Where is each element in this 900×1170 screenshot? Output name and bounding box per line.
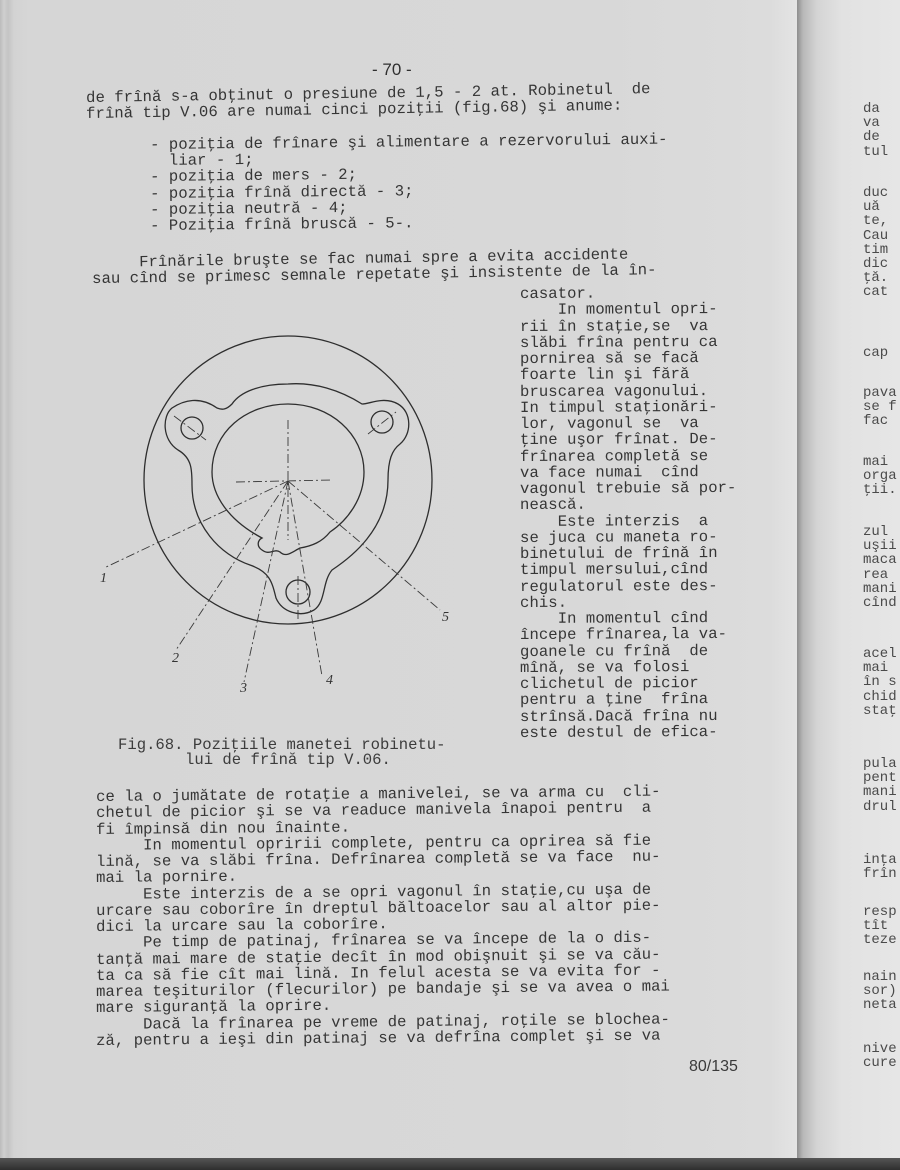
fragment-line: nain [863,970,897,984]
fragment-line: nive [863,1042,897,1056]
left-page: - 70 - de frînă s-a obţinut o presiune d… [0,0,797,1158]
position-label-1: 1 [100,571,107,586]
text-line: nească. [520,498,586,513]
text-line: vagonul trebuie să por- [520,481,736,497]
fragment-line: fac [863,414,888,428]
fragment-line: uă [863,200,880,214]
figure-68-brake-valve-diagram: 1 2 3 4 5 [100,320,480,700]
fragment-line: tul [863,145,888,159]
fragment-line: zul [863,525,888,539]
fragment-line: sor) [863,984,897,998]
fragment-line: neta [863,998,897,1012]
fragment-line: resp [863,905,897,919]
text-line: pentru a ţine frîna [520,692,708,708]
fragment-line: staţ [863,704,897,718]
text-line: lină, se va slăbi frîna. Defrînarea comp… [96,850,661,870]
fragment-line: ţii. [863,483,897,497]
text-line: chetul de picior şi se va readuce manive… [96,801,651,821]
text-line: marea teşiturilor (flecurilor) pe bandaj… [96,979,670,1000]
fragment-line: mani [863,582,897,596]
text-line: goanele cu frînă de [520,644,708,660]
fragment-line: duc [863,186,888,200]
list-item: - Poziţia frînă bruscă - 5-. [150,216,414,234]
fragment-line: chid [863,690,897,704]
fragment-line: te, [863,214,888,228]
fragment-line: drul [863,800,897,814]
fragment-line: frîn [863,867,897,881]
figure-caption-line-2: lui de frînă tip V.06. [185,753,391,768]
bolt-hole-left [181,417,203,439]
text-line: regulatorul este des- [520,578,718,594]
fragment-line: acel [863,647,897,661]
fragment-line: cînd [863,596,897,610]
text-line: frînarea completă se [520,449,708,465]
text-line: ză, pentru a ieşi din patinaj se va defr… [96,1028,661,1048]
fragment-line: cure [863,1056,897,1070]
fragment-line: orga [863,469,897,483]
page-number: - 70 - [372,60,412,80]
scan-page-counter: 80/135 [689,1058,738,1076]
text-line: mai la pornire. [96,870,237,886]
text-line: bruscarea vagonului. [520,384,708,400]
fragment-line: va [863,116,880,130]
fragment-line: mai [863,455,888,469]
text-line: In momentul opri- [520,302,718,318]
text-line: strînsă.Dacă frîna nu [520,708,718,724]
fragment-line: tim [863,243,888,257]
fragment-line: se f [863,400,897,414]
fragment-line: tît [863,919,888,933]
fragment-line: maca [863,553,897,567]
fragment-line: uşii [863,539,897,553]
fragment-line: ţă. [863,271,888,285]
text-line: chis. [520,596,567,611]
position-label-5: 5 [442,610,449,625]
text-line: Este interzis a [520,514,708,530]
text-line: foarte lin şi fără [520,367,689,383]
fragment-line: de [863,130,880,144]
position-label-4: 4 [326,673,333,688]
right-page-fragment: davadetulducuăte,Cautimdicţă.catcappavas… [797,0,900,1158]
fragment-line: cap [863,346,888,360]
text-line: timpul mersului,cînd [520,562,708,578]
fragment-line: dic [863,257,888,271]
fragment-line: mai [863,661,888,675]
text-line: este destul de efica- [520,725,718,741]
text-line: ţine uşor frînat. De- [520,432,718,448]
fragment-line: inţa [863,853,897,867]
fragment-line: da [863,102,880,116]
fragment-line: rea [863,568,888,582]
fragment-line: mani [863,785,897,799]
fragment-line: pula [863,757,897,771]
fragment-line: Cau [863,229,888,243]
text-line: începe frînarea,la va- [520,627,727,643]
fragment-line: teze [863,933,897,947]
bolt-hole-right [371,411,393,433]
list-item: - poziţia de frînare şi alimentare a rez… [150,133,668,153]
fragment-line: în s [863,675,897,689]
fragment-line: pava [863,386,897,400]
fragment-line: cat [863,285,888,299]
scanner-bottom-edge [0,1158,900,1170]
text-line: rii în staţie,se va [520,319,708,335]
position-label-3: 3 [239,681,247,696]
position-label-2: 2 [172,651,179,666]
fragment-line: pent [863,771,897,785]
